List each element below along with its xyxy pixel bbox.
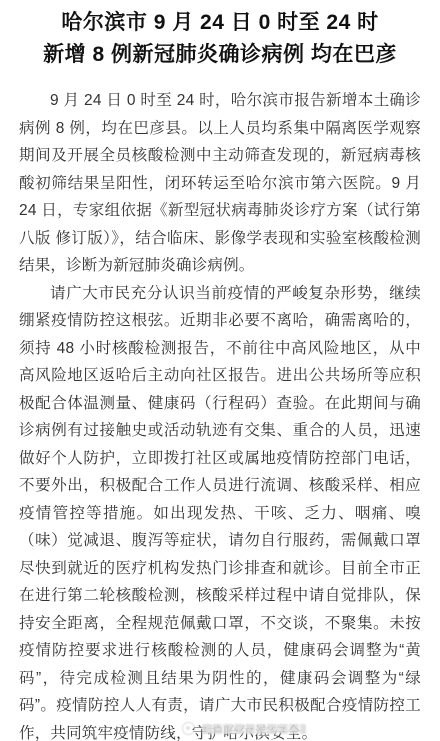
page-title: 哈尔滨市 9 月 24 日 0 时至 24 时 新增 8 例新冠肺炎确诊病例 均… bbox=[19, 7, 421, 71]
title-line-1: 哈尔滨市 9 月 24 日 0 时至 24 时 bbox=[19, 7, 421, 39]
title-line-2: 新增 8 例新冠肺炎确诊病例 均在巴彦 bbox=[19, 39, 421, 71]
paragraph-public-guidance: 请广大市民充分认识当前疫情的严峻复杂形势，继续绷紧疫情防控这根弦。近期非必要不离… bbox=[19, 280, 421, 741]
paragraph-case-report: 9 月 24 日 0 时至 24 时，哈尔滨市报告新增本土确诊病例 8 例，均在… bbox=[19, 87, 421, 280]
article-page: 哈尔滨市 9 月 24 日 0 时至 24 时 新增 8 例新冠肺炎确诊病例 均… bbox=[0, 0, 440, 741]
